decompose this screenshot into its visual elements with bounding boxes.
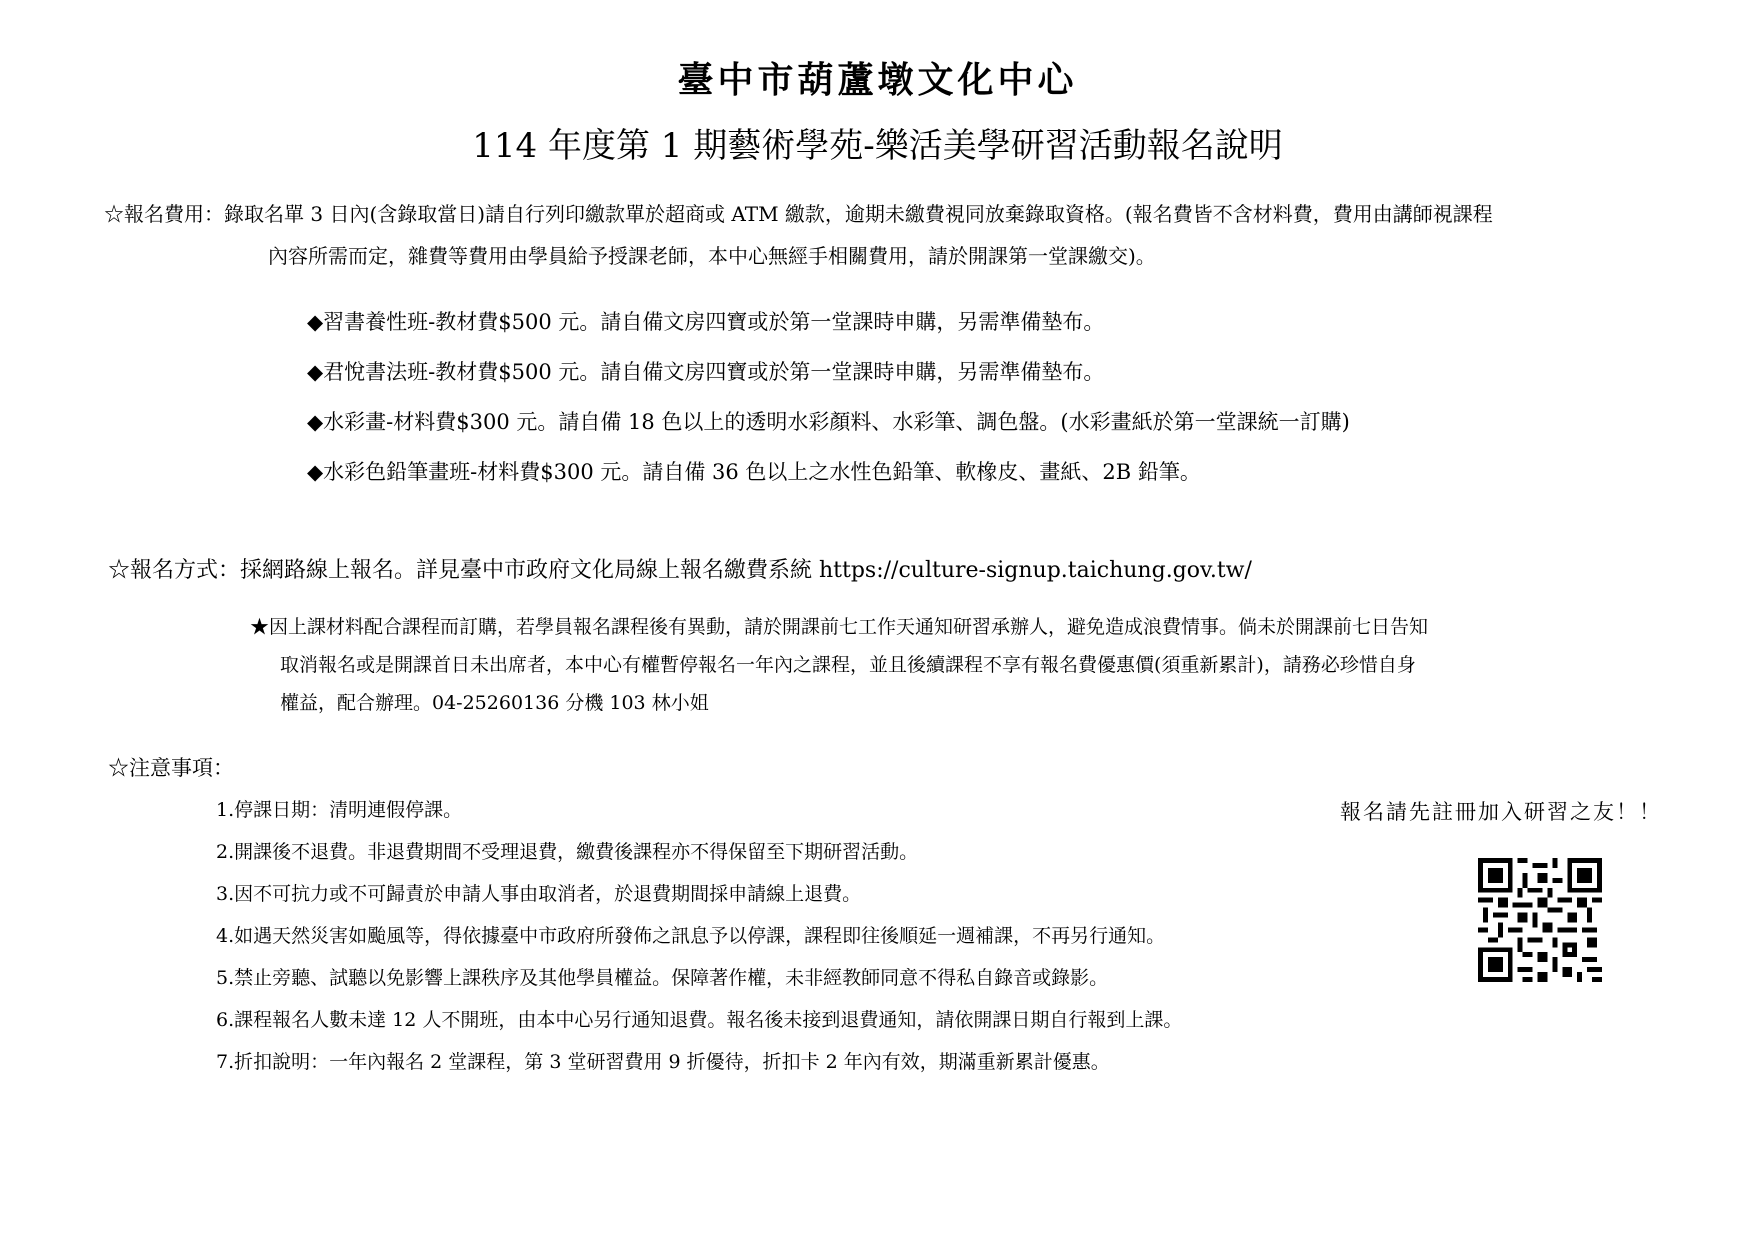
- note-item: 1.停課日期：清明連假停課。: [216, 795, 462, 822]
- qr-code-icon[interactable]: [1478, 858, 1602, 982]
- material-item: ◆君悅書法班-教材費$500 元。請自備文房四寶或於第一堂課時申購，另需準備墊布…: [307, 356, 1104, 386]
- qr-caption: 報名請先註冊加入研習之友！！: [1340, 796, 1662, 826]
- org-name: 臺中市葫蘆墩文化中心: [0, 52, 1755, 103]
- signup-note-line-1: ★因上課材料配合課程而訂購，若學員報名課程後有異動，請於開課前七工作天通知研習承…: [250, 612, 1428, 639]
- doc-title: 114 年度第 1 期藝術學苑-樂活美學研習活動報名說明: [0, 118, 1755, 167]
- note-item: 4.如遇天然災害如颱風等，得依據臺中市政府所發佈之訊息予以停課，課程即往後順延一…: [216, 921, 1165, 948]
- note-item: 2.開課後不退費。非退費期間不受理退費，繳費後課程亦不得保留至下期研習活動。: [216, 837, 918, 864]
- fee-line-2: 內容所需而定，雜費等費用由學員給予授課老師，本中心無經手相關費用，請於開課第一堂…: [268, 240, 1156, 269]
- signup-note-line-2: 取消報名或是開課首日未出席者，本中心有權暫停報名一年內之課程，並且後續課程不享有…: [280, 650, 1416, 677]
- note-item: 5.禁止旁聽、試聽以免影響上課秩序及其他學員權益。保障著作權，未非經教師同意不得…: [216, 963, 1108, 990]
- note-item: 3.因不可抗力或不可歸責於申請人事由取消者，於退費期間採申請線上退費。: [216, 879, 861, 906]
- material-item: ◆水彩畫-材料費$300 元。請自備 18 色以上的透明水彩顏料、水彩筆、調色盤…: [307, 406, 1350, 436]
- notes-heading: ☆注意事項：: [108, 752, 234, 782]
- signup-note-line-3: 權益，配合辦理。04-25260136 分機 103 林小姐: [280, 688, 709, 715]
- material-item: ◆習書養性班-教材費$500 元。請自備文房四寶或於第一堂課時申購，另需準備墊布…: [307, 306, 1104, 336]
- note-item: 6.課程報名人數未達 12 人不開班，由本中心另行通知退費。報名後未接到退費通知…: [216, 1005, 1182, 1032]
- note-item: 7.折扣說明：一年內報名 2 堂課程，第 3 堂研習費用 9 折優待，折扣卡 2…: [216, 1047, 1110, 1074]
- signup-method: ☆報名方式：採網路線上報名。詳見臺中市政府文化局線上報名繳費系統 https:/…: [108, 553, 1252, 584]
- fee-line-1: ☆報名費用：錄取名單 3 日內(含錄取當日)請自行列印繳款單於超商或 ATM 繳…: [104, 198, 1493, 227]
- material-item: ◆水彩色鉛筆畫班-材料費$300 元。請自備 36 色以上之水性色鉛筆、軟橡皮、…: [307, 456, 1201, 486]
